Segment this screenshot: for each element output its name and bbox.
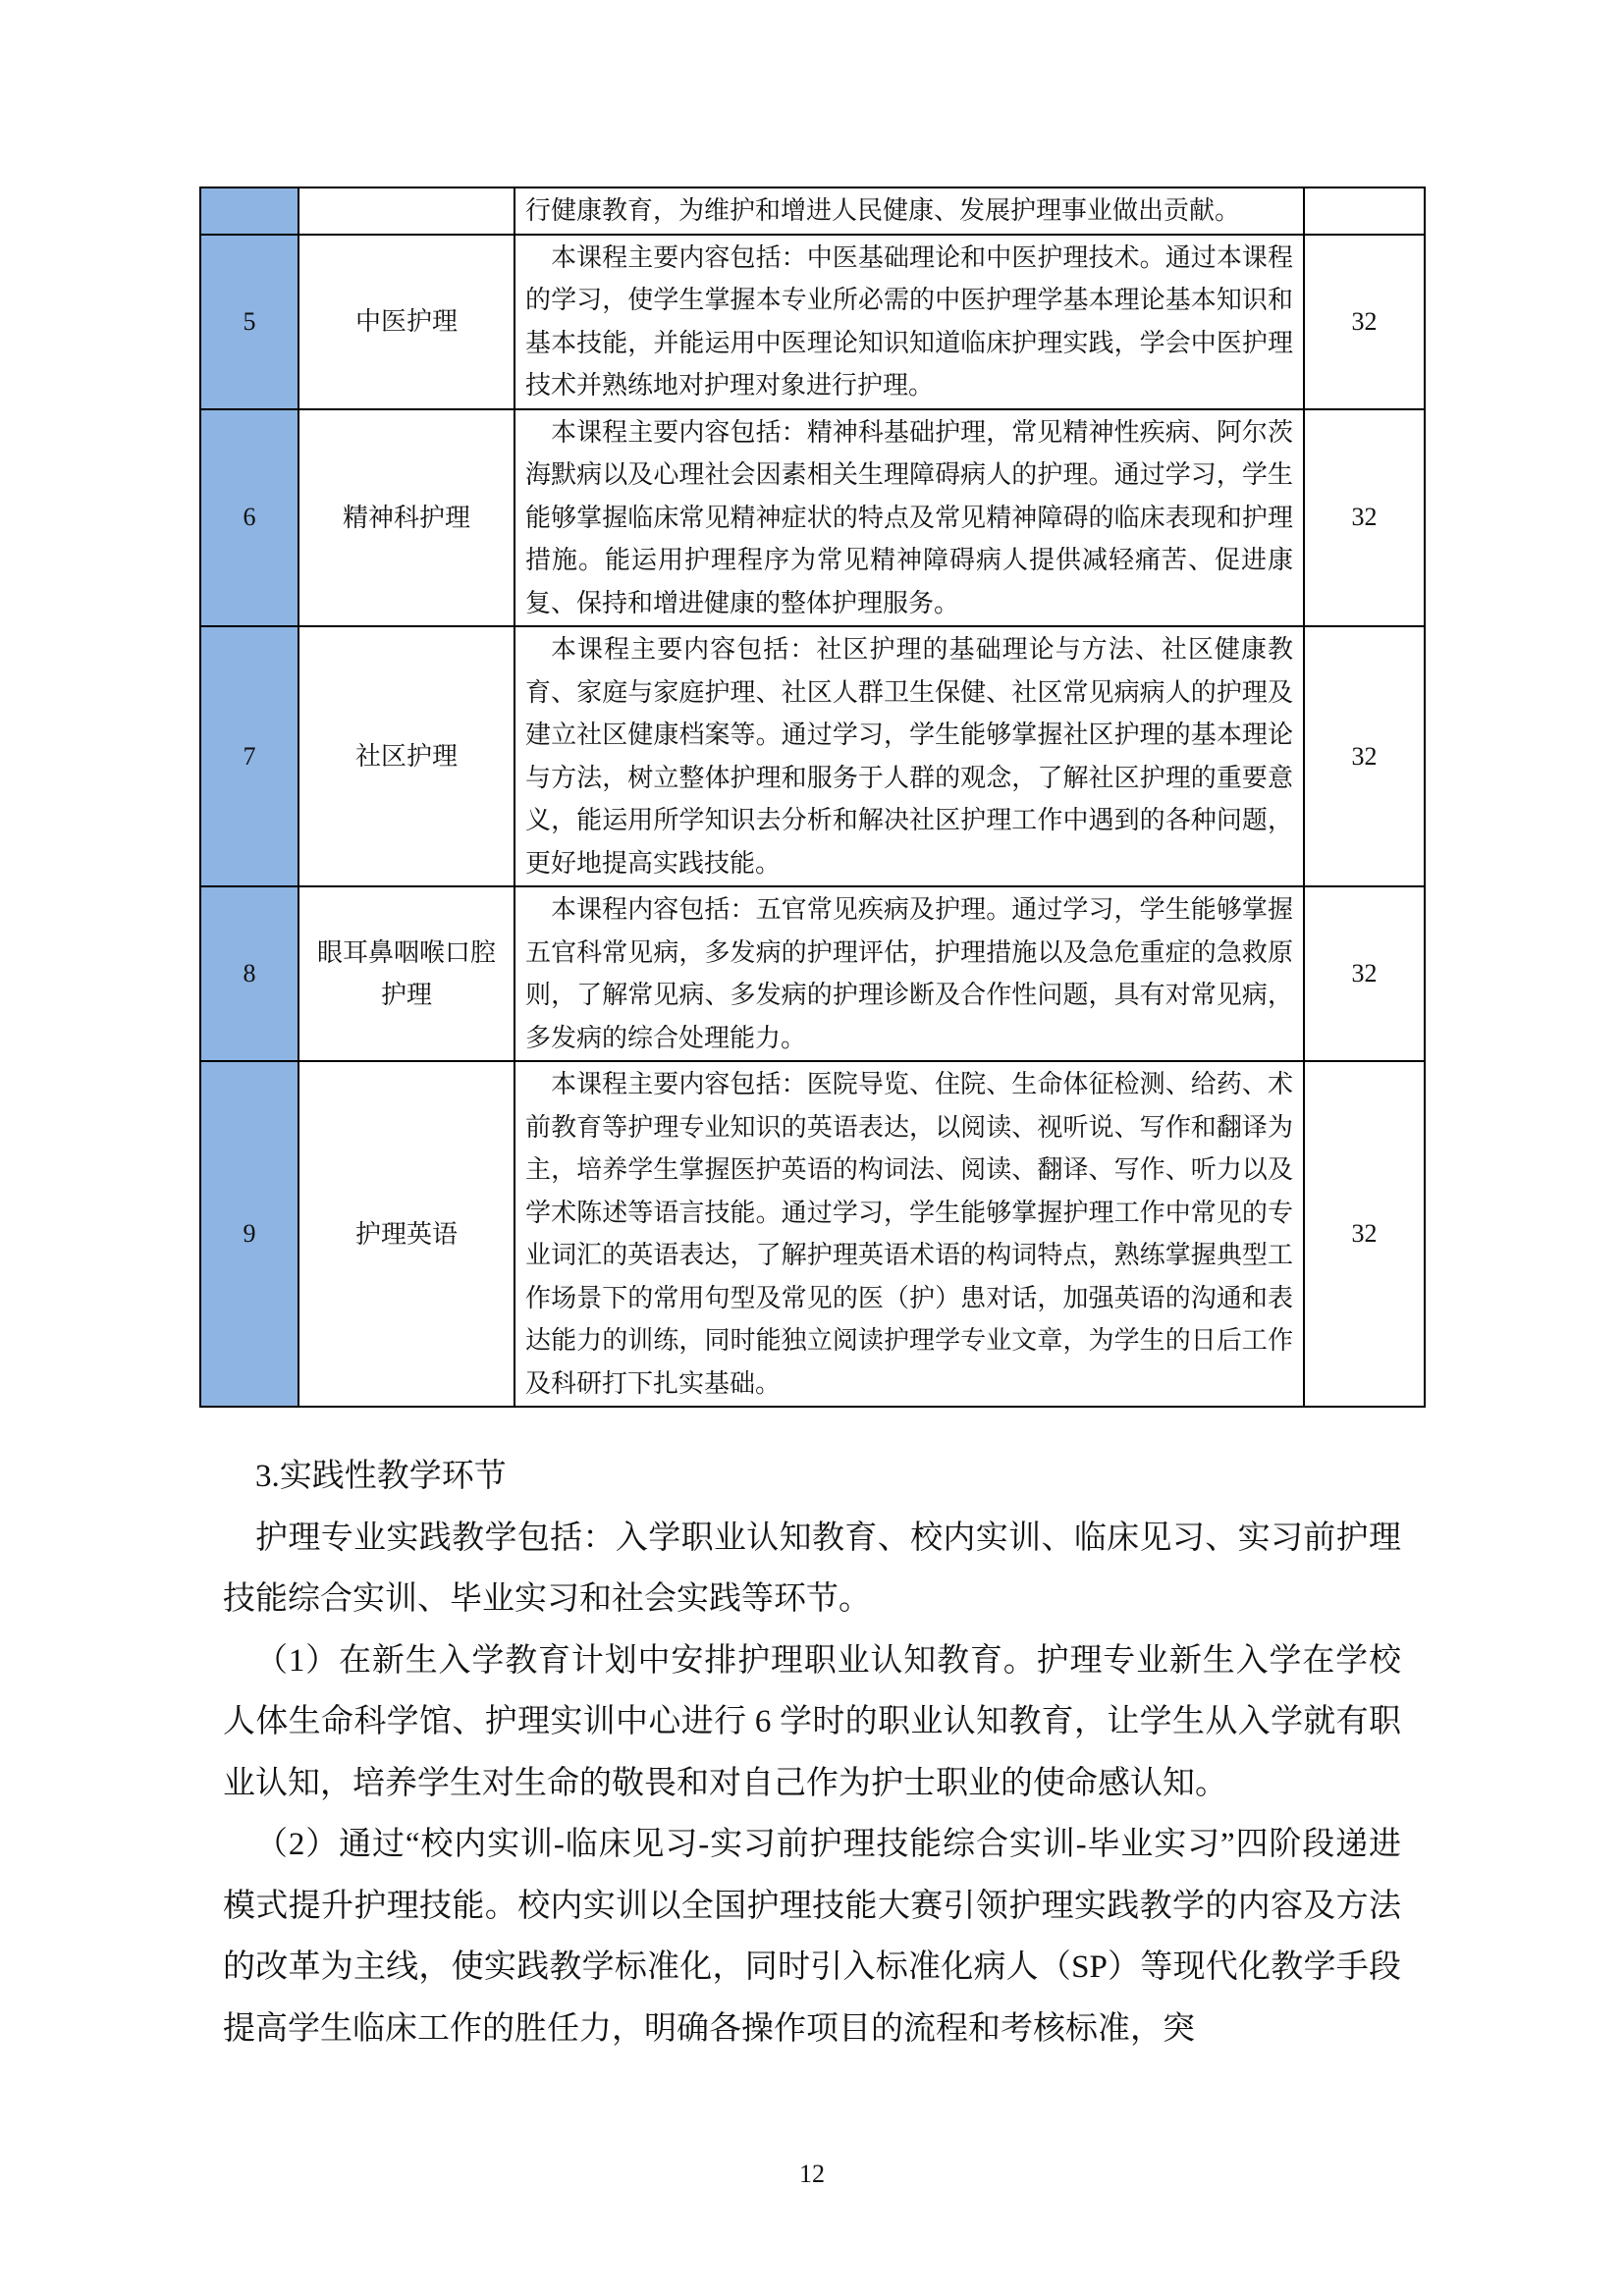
course-hours-cell: 32 — [1304, 1061, 1425, 1407]
document-page: 行健康教育，为维护和增进人民健康、发展护理事业做出贡献。 5 中医护理 本课程主… — [0, 0, 1624, 2296]
course-name-cell: 眼耳鼻咽喉口腔护理 — [298, 886, 514, 1061]
body-paragraph: （2）通过“校内实训-临床见习-实习前护理技能综合实训-毕业实习”四阶段递进模式… — [223, 1814, 1401, 2059]
table-row: 5 中医护理 本课程主要内容包括：中医基础理论和中医护理技术。通过本课程的学习，… — [200, 235, 1425, 409]
table-row: 7 社区护理 本课程主要内容包括：社区护理的基础理论与方法、社区健康教育、家庭与… — [200, 626, 1425, 886]
body-paragraph: 护理专业实践教学包括：入学职业认知教育、校内实训、临床见习、实习前护理技能综合实… — [223, 1508, 1401, 1630]
row-number-cell: 5 — [200, 235, 298, 409]
row-number-cell: 6 — [200, 409, 298, 627]
course-hours-cell: 32 — [1304, 409, 1425, 627]
course-name-cell — [298, 187, 514, 235]
row-number-cell: 8 — [200, 886, 298, 1061]
row-number-cell — [200, 187, 298, 235]
course-desc-cell: 本课程主要内容包括：中医基础理论和中医护理技术。通过本课程的学习，使学生掌握本专… — [514, 235, 1304, 409]
course-desc-cell: 本课程主要内容包括：医院导览、住院、生命体征检测、给药、术前教育等护理专业知识的… — [514, 1061, 1304, 1407]
course-name-cell: 中医护理 — [298, 235, 514, 409]
course-desc-cell: 本课程主要内容包括：社区护理的基础理论与方法、社区健康教育、家庭与家庭护理、社区… — [514, 626, 1304, 886]
body-paragraph: （1）在新生入学教育计划中安排护理职业认知教育。护理专业新生入学在学校人体生命科… — [223, 1630, 1401, 1815]
course-table: 行健康教育，为维护和增进人民健康、发展护理事业做出贡献。 5 中医护理 本课程主… — [199, 187, 1426, 1408]
section-heading: 3.实践性教学环节 — [223, 1446, 1401, 1508]
row-number-cell: 9 — [200, 1061, 298, 1407]
page-number: 12 — [0, 2160, 1624, 2189]
course-desc-cell: 本课程主要内容包括：精神科基础护理，常见精神性疾病、阿尔茨海默病以及心理社会因素… — [514, 409, 1304, 627]
row-number-cell: 7 — [200, 626, 298, 886]
table-row: 9 护理英语 本课程主要内容包括：医院导览、住院、生命体征检测、给药、术前教育等… — [200, 1061, 1425, 1407]
course-hours-cell: 32 — [1304, 886, 1425, 1061]
course-name-cell: 护理英语 — [298, 1061, 514, 1407]
course-desc-cell: 本课程内容包括：五官常见疾病及护理。通过学习，学生能够掌握五官科常见病，多发病的… — [514, 886, 1304, 1061]
table-row: 6 精神科护理 本课程主要内容包括：精神科基础护理，常见精神性疾病、阿尔茨海默病… — [200, 409, 1425, 627]
course-hours-cell: 32 — [1304, 626, 1425, 886]
course-desc-cell: 行健康教育，为维护和增进人民健康、发展护理事业做出贡献。 — [514, 187, 1304, 235]
course-hours-cell: 32 — [1304, 235, 1425, 409]
course-hours-cell — [1304, 187, 1425, 235]
course-name-cell: 精神科护理 — [298, 409, 514, 627]
course-name-cell: 社区护理 — [298, 626, 514, 886]
table-row-continuation: 行健康教育，为维护和增进人民健康、发展护理事业做出贡献。 — [200, 187, 1425, 235]
table-row: 8 眼耳鼻咽喉口腔护理 本课程内容包括：五官常见疾病及护理。通过学习，学生能够掌… — [200, 886, 1425, 1061]
body-text-block: 3.实践性教学环节 护理专业实践教学包括：入学职业认知教育、校内实训、临床见习、… — [223, 1446, 1401, 2059]
